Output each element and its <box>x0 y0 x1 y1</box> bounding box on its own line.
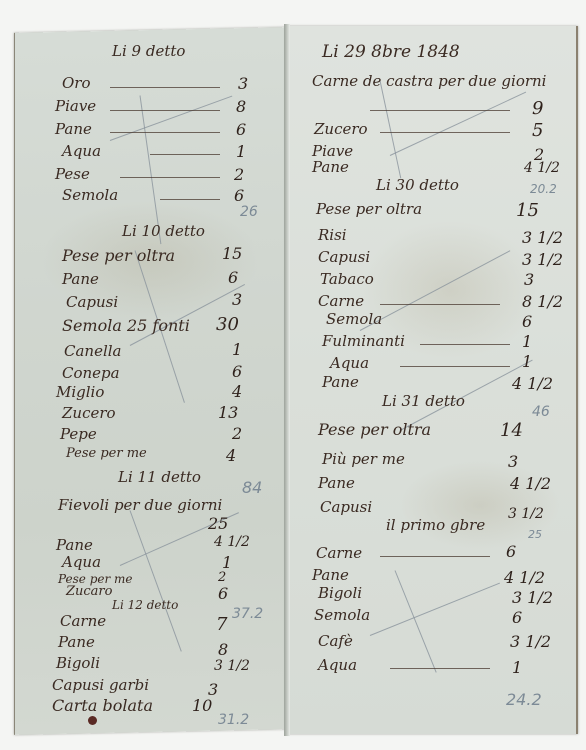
entry-label: Carne <box>316 544 362 562</box>
entry-label: Capusi <box>318 248 370 266</box>
entry-qty: 15 <box>222 244 242 263</box>
entry-qty: 25 <box>208 514 228 533</box>
entry-label: Aqua <box>62 142 101 160</box>
entry-qty: 8 <box>218 640 228 659</box>
entry-qty: 4 1/2 <box>504 568 545 587</box>
entry-label: Pese per oltra <box>62 246 175 265</box>
entry-label: Pane <box>62 270 99 288</box>
entry-qty: 6 <box>236 120 246 139</box>
entry-label: Capusi garbi <box>52 676 149 694</box>
entry-label: Tabaco <box>320 270 374 288</box>
entry-qty: 6 <box>512 608 522 627</box>
dash-leader <box>390 668 490 669</box>
entry-label: Pese per oltra <box>318 420 431 439</box>
dash-leader <box>400 366 510 367</box>
entry-qty: 4 <box>232 382 242 401</box>
dash-leader <box>420 344 510 345</box>
entry-label: Zucero <box>314 120 368 138</box>
entry-qty: 4 1/2 <box>214 534 250 550</box>
entry-qty: 3 <box>238 74 248 93</box>
section-heading: Li 31 detto <box>382 392 465 410</box>
entry-qty: 1 <box>522 352 532 371</box>
entry-qty: 1 <box>512 658 522 677</box>
dash-leader <box>160 199 220 200</box>
entry-qty: 1 <box>522 332 532 351</box>
entry-qty: 10 <box>192 696 212 715</box>
entry-label: Pese per me <box>66 446 147 461</box>
entry-qty: 8 1/2 <box>522 292 563 311</box>
section-heading: Li 30 detto <box>376 176 459 194</box>
ledger-document: Li 9 detto Oro 3 Piave 8 Pane 6 Aqua 1 P… <box>0 0 586 750</box>
section-heading: Li 10 detto <box>122 222 205 240</box>
entry-qty: 3 1/2 <box>510 632 551 651</box>
entry-label: Pane <box>55 120 92 138</box>
entry-label: Canella <box>64 342 122 360</box>
entry-label: Pane <box>58 633 95 651</box>
entry-label: Carne de castra per due giorni <box>312 72 546 90</box>
entry-qty: 14 <box>500 420 523 441</box>
entry-qty: 3 1/2 <box>214 658 250 674</box>
dash-leader <box>110 87 220 88</box>
dash-leader <box>380 304 500 305</box>
entry-qty: 8 <box>236 97 246 116</box>
section-heading: Li 11 detto <box>118 468 201 486</box>
section-heading: il primo gbre <box>386 516 485 534</box>
entry-label: Pane <box>56 536 93 554</box>
entry-qty: 30 <box>216 314 239 335</box>
entry-label: Zucaro <box>66 584 112 599</box>
entry-qty: 3 <box>508 452 518 471</box>
entry-qty: 13 <box>218 403 238 422</box>
entry-label: Pepe <box>60 425 97 443</box>
entry-qty: 3 1/2 <box>512 588 553 607</box>
dash-leader <box>380 132 510 133</box>
entry-qty: 6 <box>506 542 516 561</box>
entry-qty: 9 <box>532 98 543 119</box>
pencil-total: 46 <box>532 404 550 420</box>
dash-leader <box>380 556 490 557</box>
entry-qty: 4 1/2 <box>512 374 553 393</box>
entry-label: Capusi <box>66 293 118 311</box>
entry-label: Semola <box>326 310 382 328</box>
entry-label: Aqua <box>62 553 101 571</box>
entry-qty: 3 1/2 <box>508 506 544 522</box>
entry-qty: 4 1/2 <box>510 474 551 493</box>
dash-leader <box>150 154 220 155</box>
entry-label: Bigoli <box>318 584 362 602</box>
entry-label: Pane <box>312 158 349 176</box>
entry-qty: 15 <box>516 200 539 221</box>
entry-qty: 2 <box>218 570 226 585</box>
entry-label: Aqua <box>330 354 369 372</box>
entry-label: Carta bolata <box>52 696 153 715</box>
entry-qty: 1 <box>232 340 242 359</box>
entry-qty: 4 <box>226 446 236 465</box>
entry-label: Carne <box>60 612 106 630</box>
entry-label: Aqua <box>318 656 357 674</box>
entry-qty: 3 <box>232 290 242 309</box>
entry-qty: 3 <box>524 270 534 289</box>
entry-label: Semola 25 fonti <box>62 316 190 335</box>
dash-leader <box>120 177 220 178</box>
entry-label: Pane <box>312 566 349 584</box>
pencil-total: 26 <box>240 204 258 220</box>
pencil-total: 20.2 <box>530 182 557 196</box>
pencil-total: 84 <box>242 478 262 497</box>
entry-label: Conepa <box>62 364 120 382</box>
dash-leader <box>370 110 510 111</box>
entry-qty: 6 <box>228 268 238 287</box>
entry-label: Capusi <box>320 498 372 516</box>
entry-label: Pese per oltra <box>316 200 422 218</box>
entry-label: Pane <box>322 373 359 391</box>
section-heading: Li 9 detto <box>112 42 185 60</box>
entry-label: Miglio <box>56 383 104 401</box>
entry-label: Fulminanti <box>322 332 405 350</box>
entry-qty: 4 1/2 <box>524 160 560 176</box>
dash-leader <box>110 110 220 111</box>
entry-qty: 5 <box>532 120 543 141</box>
entry-label: Semola <box>62 186 118 204</box>
dash-leader <box>110 132 220 133</box>
section-heading: Li 12 detto <box>112 598 178 612</box>
pencil-total: 37.2 <box>232 606 263 622</box>
entry-qty: 7 <box>216 614 227 635</box>
entry-qty: 1 <box>236 142 246 161</box>
entry-label: Cafè <box>318 632 353 650</box>
pencil-total: 31.2 <box>218 712 249 728</box>
entry-label: Più per me <box>322 450 405 468</box>
pencil-total: 24.2 <box>506 690 542 709</box>
entry-qty: 6 <box>232 362 242 381</box>
entry-qty: 6 <box>218 584 228 603</box>
entry-label: Semola <box>314 606 370 624</box>
entry-label: Pese <box>55 165 90 183</box>
entry-label: Piave <box>55 97 96 115</box>
entry-label: Risi <box>318 226 347 244</box>
entry-label: Pane <box>318 474 355 492</box>
entry-label: Oro <box>62 74 91 92</box>
pencil-total: 25 <box>528 528 542 541</box>
entry-qty: 2 <box>234 165 244 184</box>
entry-qty: 6 <box>234 186 244 205</box>
entry-qty: 2 <box>232 424 242 443</box>
entry-label: Zucero <box>62 404 116 422</box>
page-fold <box>284 24 290 736</box>
entry-qty: 6 <box>522 312 532 331</box>
section-heading: Li 29 8bre 1848 <box>322 42 460 62</box>
entry-label: Carne <box>318 292 364 310</box>
entry-label: Fievoli per due giorni <box>58 496 222 514</box>
entry-qty: 3 1/2 <box>522 228 563 247</box>
entry-label: Bigoli <box>56 654 100 672</box>
ink-blot <box>88 716 97 725</box>
entry-qty: 3 1/2 <box>522 250 563 269</box>
